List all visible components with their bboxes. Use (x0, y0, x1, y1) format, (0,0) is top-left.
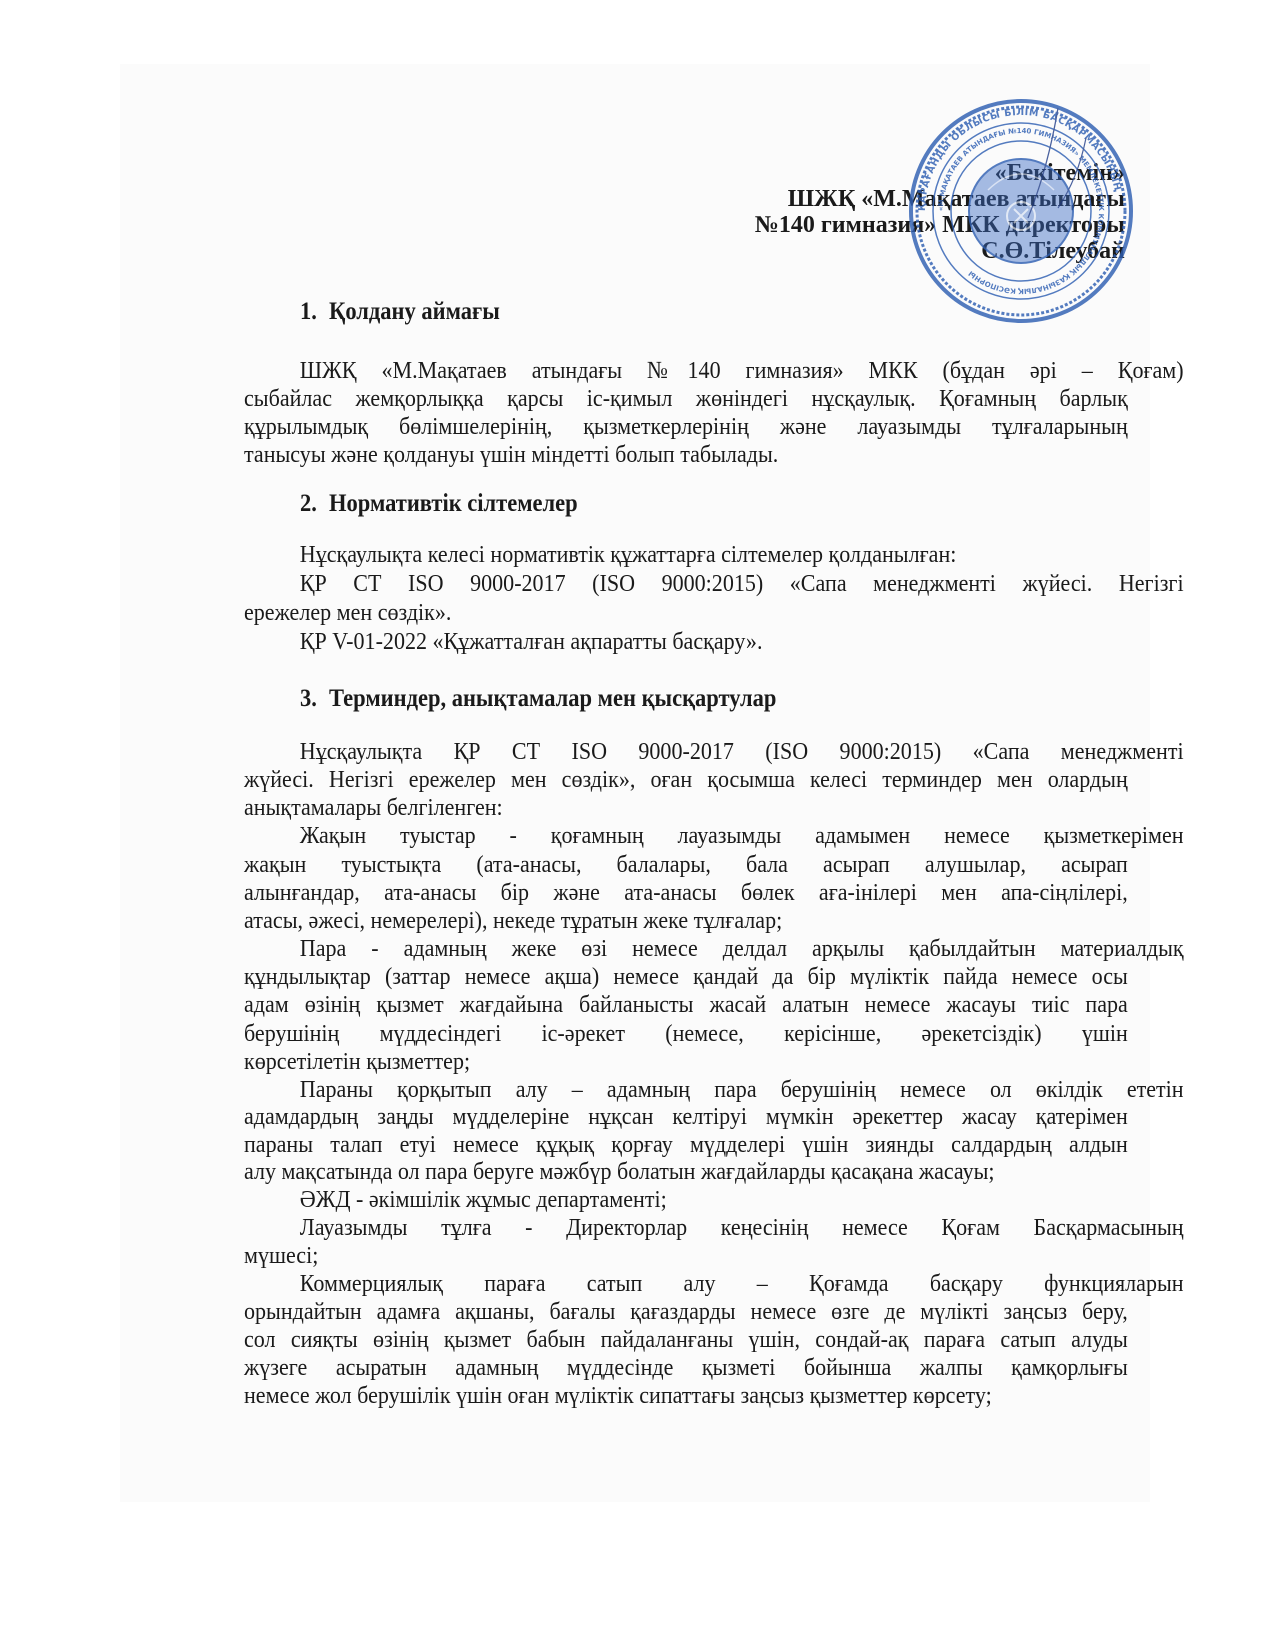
paragraph-line: ШЖҚ «М.Мақатаев атындағы №140 гимназия» … (244, 357, 1184, 385)
section-heading-2: 2. Нормативтік сілтемелер (300, 490, 578, 518)
paragraph-line: адам өзінің қызмет жағдайына байланысты … (244, 991, 1128, 1019)
paragraph-line: атасы, әжесі, немерелері), некеде тұраты… (244, 907, 1040, 935)
paragraph-line: немесе жол берушілік үшін оған мүліктік … (244, 1382, 1040, 1410)
paragraph-line: жүйесі. Негізгі ережелер мен сөздік», оғ… (244, 766, 1128, 794)
section-number: 1. (300, 298, 323, 326)
paragraph-line: ҚР СТ ISO 9000-2017 (ISO 9000:2015) «Сап… (244, 570, 1184, 598)
paragraph-line: жүзеге асыратын адамның мүддесінде қызме… (244, 1354, 1128, 1382)
paragraph-line: ӘЖД - әкімшілік жұмыс департаменті; (244, 1186, 1095, 1214)
paragraph-line: Пара - адамның жеке өзі немесе делдал ар… (244, 935, 1184, 963)
paragraph-line: Нұсқаулықта ҚР СТ ISO 9000-2017 (ISO 900… (244, 738, 1184, 766)
section-number: 2. (300, 490, 323, 518)
paragraph-line: Лауазымды тұлға - Директорлар кеңесінің … (244, 1214, 1184, 1242)
paragraph-line: құндылықтар (заттар немесе ақша) немесе … (244, 963, 1128, 991)
section-heading-3: 3. Терминдер, анықтамалар мен қысқартула… (300, 685, 776, 713)
paragraph-line: көрсетілетін қызметтер; (244, 1048, 1040, 1076)
section-title: Нормативтік сілтемелер (329, 490, 578, 517)
paragraph-line: параны талап етуі немесе құқық қорғау мү… (244, 1131, 1128, 1159)
paragraph-line: ережелер мен сөздік». (244, 599, 1040, 627)
paragraph-line: алу мақсатында ол пара беруге мәжбүр бол… (244, 1158, 1040, 1186)
official-seal-icon: ҚАРАҒАНДЫ ОБЛЫСЫ БІЛІМ БАСҚАРМАСЫНЫҢ «М.… (908, 98, 1134, 324)
paragraph-line: берушінің мүддесіндегі іс-әрекет (немесе… (244, 1020, 1128, 1048)
paragraph-line: анықтамалары белгіленген: (244, 794, 1040, 822)
paragraph-line: Нұсқаулықта келесі нормативтік құжаттарғ… (244, 541, 1095, 569)
document-page: «Бекітемін» ШЖҚ «М.Мақатаев атындағы №14… (0, 0, 1275, 1650)
paragraph-line: адамдардың заңды мүдделеріне нұқсан келт… (244, 1103, 1128, 1131)
paragraph-line: сол сияқты өзінің қызмет бабын пайдаланғ… (244, 1326, 1128, 1354)
paragraph-line: құрылымдық бөлімшелерінің, қызметкерлері… (244, 413, 1128, 441)
section-heading-1: 1. Қолдану аймағы (300, 298, 500, 326)
paragraph-line: ҚР V-01-2022 «Құжатталған ақпаратты басқ… (244, 628, 1095, 656)
section-title: Терминдер, анықтамалар мен қысқартулар (329, 685, 776, 712)
paragraph-line: алынғандар, ата-анасы бір және ата-анасы… (244, 879, 1128, 907)
paragraph-line: жақын туыстықта (ата-анасы, балалары, ба… (244, 851, 1128, 879)
paragraph-line: Параны қорқытып алу – адамның пара беруш… (244, 1076, 1184, 1104)
section-number: 3. (300, 685, 323, 713)
section-title: Қолдану аймағы (329, 298, 500, 325)
paragraph-line: орындайтын адамға ақшаны, бағалы қағазда… (244, 1298, 1128, 1326)
paragraph-line: танысуы және қолдануы үшін міндетті болы… (244, 441, 1040, 469)
paragraph-line: Жақын туыстар - қоғамның лауазымды адамы… (244, 822, 1184, 850)
paragraph-line: Коммерциялық параға сатып алу – Қоғамда … (244, 1270, 1184, 1298)
paragraph-line: мүшесі; (244, 1242, 1040, 1270)
paragraph-line: сыбайлас жемқорлыққа қарсы іс-қимыл жөні… (244, 385, 1128, 413)
